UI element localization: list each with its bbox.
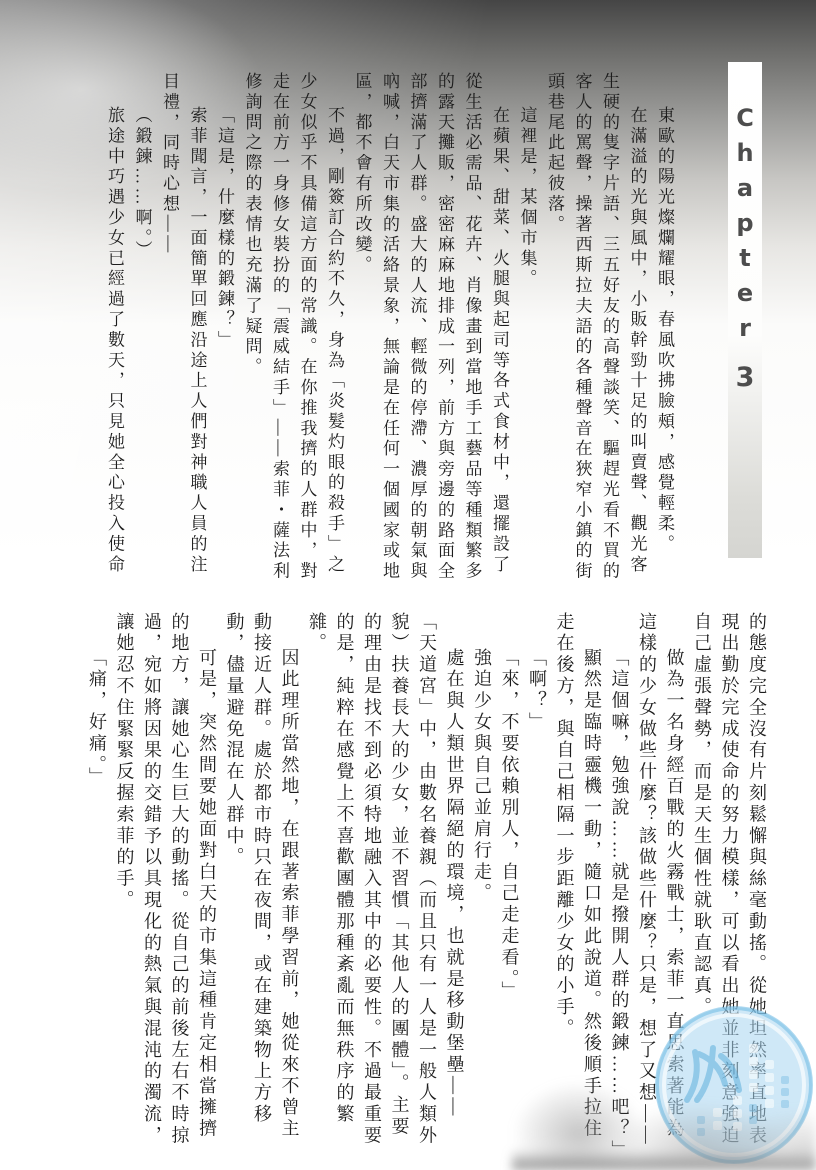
bottom-edge-artifact xyxy=(512,1040,816,1170)
paragraph: 處在與人類世界隔絕的環境，也就是移動堡壘——「天道宮」中，由數名養親（而且只有一… xyxy=(303,612,468,1156)
paragraph: 東歐的陽光燦爛耀眼，春風吹拂臉頰，感覺輕柔。 xyxy=(651,72,679,589)
paragraph: 「痛，好痛。」 xyxy=(83,612,111,1156)
text-block-top: 東歐的陽光燦爛耀眼，春風吹拂臉頰，感覺輕柔。在滿溢的光與風中，小販幹勁十足的叫賣… xyxy=(78,72,678,589)
chapter-strip: Chapter 3 xyxy=(728,62,762,558)
paragraph: （鍛鍊……啊。） xyxy=(128,72,156,589)
paragraph: 旅途中巧遇少女已經過了數天，只見她全心投入使命 xyxy=(101,72,129,589)
paragraph: 不過，剛簽訂合約不久，身為「炎髮灼眼的殺手」之少女似乎不具備這方面的常識。在你推… xyxy=(238,72,348,589)
paragraph: 「這是，什麼樣的鍛鍊？」 xyxy=(211,72,239,589)
paragraph: 索菲聞言，一面簡單回應沿途上人們對神職人員的注目禮，同時心想—— xyxy=(156,72,211,589)
paragraph: 可是，突然間要她面對白天的市集這種肯定相當擁擠的地方，讓她心生巨大的動搖。從自己… xyxy=(110,612,220,1156)
chapter-label: Chapter xyxy=(731,104,759,349)
paragraph: 在滿溢的光與風中，小販幹勁十足的叫賣聲、觀光客生硬的隻字片語、三五好友的高聲談笑… xyxy=(541,72,651,589)
paragraph: 這裡是，某個市集。 xyxy=(513,72,541,589)
paragraph: 在蘋果、甜菜、火腿與起司等各式食材中，還擺設了從生活必需品、花卉、肖像畫到當地手… xyxy=(348,72,513,589)
chapter-number: 3 xyxy=(730,362,761,393)
novel-page: Chapter 3 東歐的陽光燦爛耀眼，春風吹拂臉頰，感覺輕柔。在滿溢的光與風中… xyxy=(0,0,816,1170)
paragraph: 因此理所當然地，在跟著索菲學習前，她從來不曾主動接近人群。處於都市時只在夜間，或… xyxy=(220,612,303,1156)
paragraph: 強迫少女與自己並肩行走。 xyxy=(468,612,496,1156)
